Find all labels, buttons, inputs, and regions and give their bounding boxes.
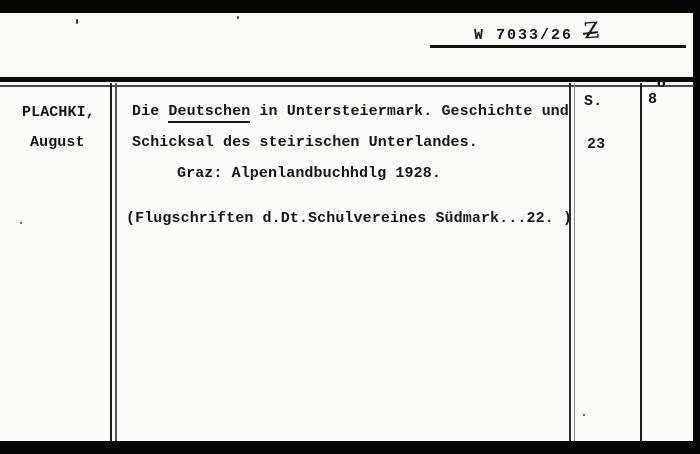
- divider-format: [640, 83, 642, 441]
- format-value: 8: [648, 92, 657, 107]
- author-surname: PLACHKI,: [22, 105, 95, 120]
- series-note-line: (Flugschriften d.Dt.Schulvereines Südmar…: [126, 211, 572, 226]
- scan-speck: [20, 222, 22, 224]
- scan-speck: [76, 19, 78, 24]
- table-top-rule-thick: [0, 77, 694, 82]
- divider-author-outer: [110, 83, 112, 441]
- title-line-2: Schicksal des steirischen Unterlandes.: [132, 135, 478, 150]
- pages-label: S.: [584, 94, 602, 109]
- title-line-1: Die Deutschen in Untersteiermark. Geschi…: [132, 104, 569, 119]
- pages-value: 23: [587, 137, 605, 152]
- scan-speck: [237, 16, 239, 19]
- title-rest: in Untersteiermark. Geschichte und: [250, 103, 569, 120]
- call-number: W 7033/26: [474, 28, 573, 43]
- catalog-card-scan: W 7033/26 Z PLACHKI, August Die Deutsche…: [0, 0, 700, 454]
- scan-border-right: [693, 0, 700, 454]
- scan-border-top: [0, 0, 700, 13]
- title-underlined-word: Deutschen: [168, 103, 250, 123]
- scan-speck: [583, 414, 585, 416]
- call-number-underline: [430, 45, 686, 48]
- scan-border-bottom: [0, 441, 700, 454]
- author-given-name: August: [30, 135, 85, 150]
- imprint-line: Graz: Alpenlandbuchhdlg 1928.: [177, 166, 441, 181]
- table-top-rule-thin: [0, 85, 694, 87]
- title-pre: Die: [132, 103, 168, 120]
- format-degree-mark: o: [657, 77, 666, 90]
- divider-pages-inner: [574, 83, 575, 441]
- divider-pages-outer: [569, 83, 571, 441]
- divider-author-inner: [115, 83, 117, 441]
